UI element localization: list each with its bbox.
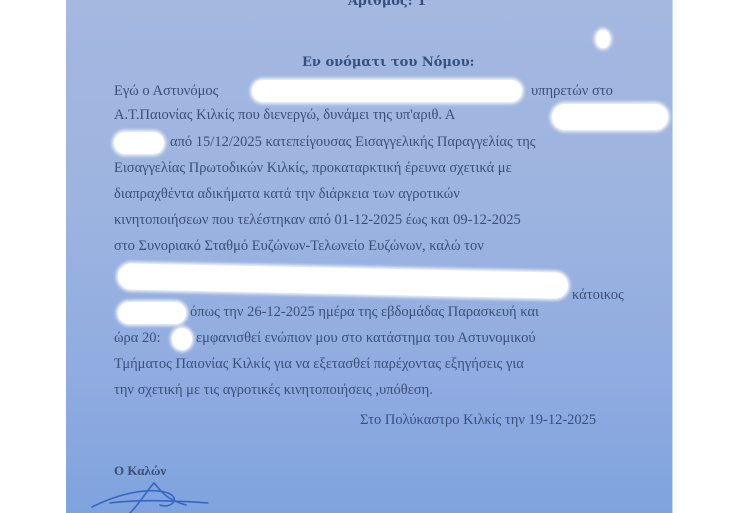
body-line-3: από 15/12/2025 κατεπείγουσας Εισαγγελική… (170, 134, 536, 151)
redacted-residence (118, 302, 186, 324)
body-line-12: την σχετική με τις αγροτικές κινητοποιήσ… (114, 382, 433, 399)
redacted-officer-name (252, 80, 522, 102)
signature-scribble (90, 475, 210, 513)
body-line-1a: Εγώ ο Αστυνόμος (114, 83, 218, 100)
body-line-1b: υπηρετών στο (531, 83, 613, 100)
body-line-11: Τμήματος Παιονίας Κιλκίς για να εξετασθε… (114, 356, 524, 373)
redacted-order-number-cont (114, 132, 164, 154)
body-line-8: κάτοικος (572, 287, 624, 304)
body-line-10b: εμφανισθεί ενώπιον μου στο κατάστημα του… (196, 330, 536, 347)
place-date: Στο Πολύκαστρο Κιλκίς την 19-12-2025 (360, 412, 596, 429)
document-number: Αριθμός: 1 (348, 0, 426, 9)
redacted-person-name (118, 263, 568, 298)
redacted-order-number (552, 104, 668, 130)
redacted-time (172, 328, 192, 350)
document-page: Αριθμός: 1 Εν ονόματι του Νόμου: Εγώ ο Α… (66, 0, 673, 513)
body-line-7: στο Συνοριακό Σταθμό Ευζώνων-Τελωνείο Ευ… (114, 238, 484, 255)
body-line-10a: ώρα 20: (114, 330, 161, 347)
body-line-9: όπως την 26-12-2025 ημέρα της εβδομάδας … (190, 304, 539, 321)
body-line-6: κινητοποιήσεων που τελέστηκαν από 01-12-… (114, 212, 521, 229)
redaction-mark (596, 30, 610, 48)
document-title: Εν ονόματι του Νόμου: (302, 55, 474, 70)
body-line-4: Εισαγγελίας Πρωτοδικών Κιλκίς, προκαταρκ… (114, 160, 512, 177)
body-line-5: διαπραχθέντα αδικήματα κατά την διάρκεια… (114, 186, 460, 203)
body-line-2: Α.Τ.Παιονίας Κιλκίς που διενεργώ, δυνάμε… (114, 107, 455, 124)
